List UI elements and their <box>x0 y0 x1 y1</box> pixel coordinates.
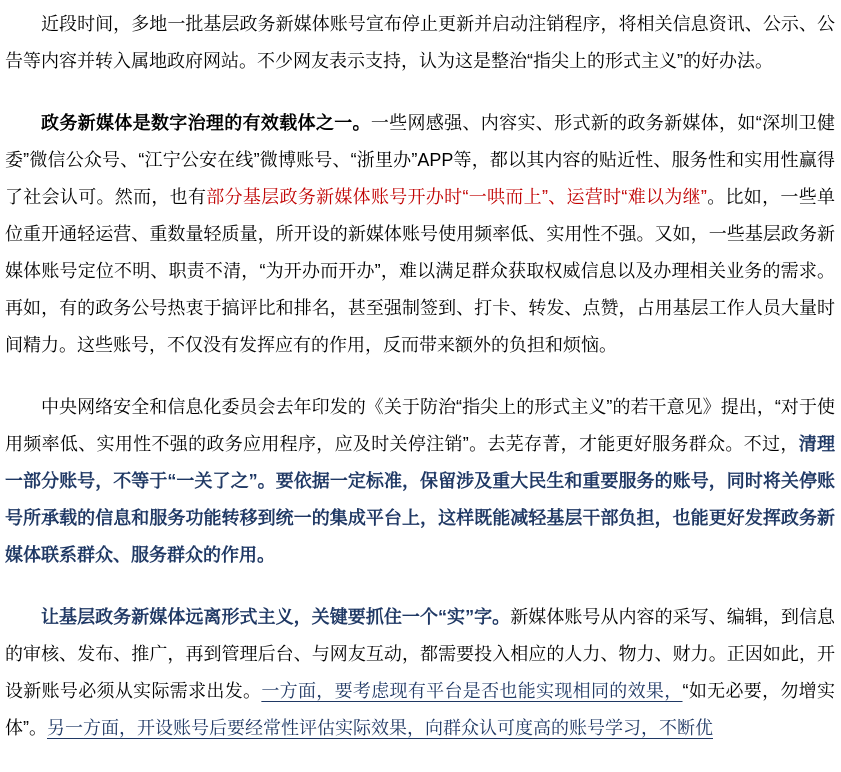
paragraph: 近段时间，多地一批基层政务新媒体账号宣布停止更新并启动注销程序，将相关信息资讯、… <box>5 6 835 80</box>
paragraph: 让基层政务新媒体远离形式主义，关键要抓住一个“实”字。新媒体账号从内容的采写、编… <box>5 599 835 747</box>
text-segment-navy-underline: 另一方面，开设账号后要经常性评估实际效果，向群众认可度高的账号学习，不断优 <box>47 718 713 738</box>
text-segment-normal: 中央网络安全和信息化委员会去年印发的《关于防治“指尖上的形式主义”的若干意见》提… <box>5 397 835 454</box>
paragraph: 中央网络安全和信息化委员会去年印发的《关于防治“指尖上的形式主义”的若干意见》提… <box>5 389 835 574</box>
text-segment-navy-bold: 让基层政务新媒体远离形式主义，关键要抓住一个“实”字。 <box>41 607 510 627</box>
text-segment-navy-underline: 一方面，要考虑现有平台是否也能实现相同的效果， <box>261 681 682 701</box>
paragraph: 政务新媒体是数字治理的有效载体之一。一些网感强、内容实、形式新的政务新媒体，如“… <box>5 105 835 364</box>
text-segment-bold: 政务新媒体是数字治理的有效载体之一。 <box>41 113 371 133</box>
text-segment-normal: 。比如，一些单位重开通轻运营、重数量轻质量，所开设的新媒体账号使用频率低、实用性… <box>5 187 835 355</box>
text-segment-normal: 近段时间，多地一批基层政务新媒体账号宣布停止更新并启动注销程序，将相关信息资讯、… <box>5 14 835 71</box>
text-segment-red: 部分基层政务新媒体账号开办时“一哄而上”、运营时“难以为继” <box>206 187 707 207</box>
document-page: 近段时间，多地一批基层政务新媒体账号宣布停止更新并启动注销程序，将相关信息资讯、… <box>0 0 841 747</box>
